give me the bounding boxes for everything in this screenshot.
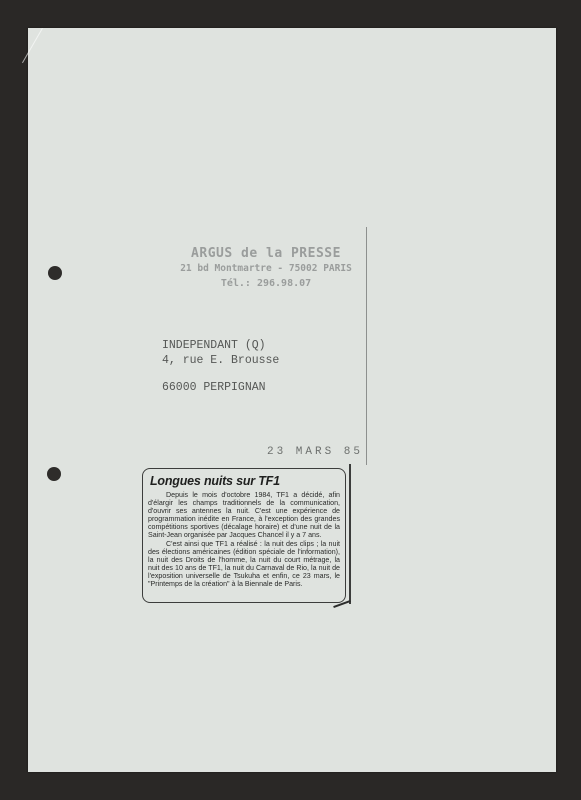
clipping-date: 23 MARS 85 (267, 446, 363, 458)
punch-hole-icon (48, 266, 62, 280)
street-address: 4, rue E. Brousse (162, 353, 279, 368)
clipping-headline: Longues nuits sur TF1 (150, 474, 280, 488)
city-line: 66000 PERPIGNAN (162, 380, 279, 395)
paper-fold-mark (22, 28, 43, 63)
newspaper-clipping: Longues nuits sur TF1 Depuis le mois d'o… (140, 464, 350, 607)
vertical-rule (366, 227, 367, 465)
publication-name: INDEPENDANT (Q) (162, 338, 279, 353)
clipping-body: Depuis le mois d'octobre 1984, TF1 a déc… (148, 491, 340, 588)
stamp-address: 21 bd Montmartre - 75002 PARIS (176, 261, 356, 276)
punch-hole-icon (47, 467, 61, 481)
stamp-agency-name: ARGUS de la PRESSE (176, 246, 356, 261)
clipping-paragraph: Depuis le mois d'octobre 1984, TF1 a déc… (148, 491, 340, 540)
clipping-column-rule (349, 464, 351, 604)
press-agency-stamp: ARGUS de la PRESSE 21 bd Montmartre - 75… (176, 246, 356, 291)
document-page: ARGUS de la PRESSE 21 bd Montmartre - 75… (28, 28, 556, 772)
stamp-phone: Tél.: 296.98.07 (176, 276, 356, 291)
recipient-address: INDEPENDANT (Q) 4, rue E. Brousse 66000 … (162, 338, 279, 395)
clipping-paragraph: C'est ainsi que TF1 a réalisé : la nuit … (148, 540, 340, 589)
